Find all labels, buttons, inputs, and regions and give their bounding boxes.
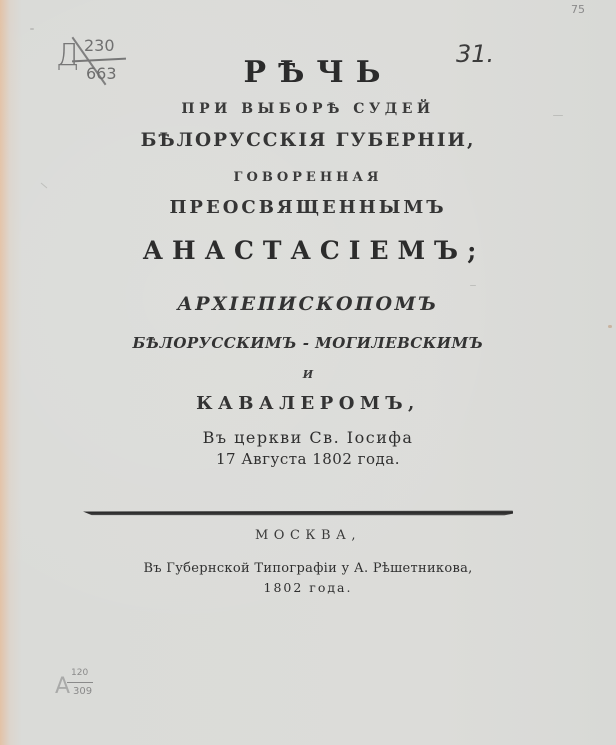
paper-speck: [608, 325, 612, 328]
paper-speck: [470, 285, 476, 286]
subtitle-line-1: ПРИ ВЫБОРѢ СУДЕЙ: [0, 101, 616, 117]
title-page: Д 230 663 31. 75 РѢЧЬ ПРИ ВЫБОРѢ СУДЕЙ Б…: [0, 0, 616, 745]
corner-mark: 75: [571, 3, 585, 16]
author-title: АРХІЕПИСКОПОМЪ: [0, 293, 616, 315]
stamp-top-number: 120: [71, 668, 88, 678]
subtitle-line-4: ПРЕОСВЯЩЕННЫМЪ: [0, 197, 616, 218]
venue: Въ церкви Св. Іосифа: [0, 428, 616, 447]
subtitle-line-2: БѢЛОРУССКІЯ ГУБЕРНІИ,: [0, 130, 616, 151]
stamp-fraction-bar: [67, 682, 93, 683]
subtitle-line-3: ГОВОРЕННАЯ: [0, 170, 616, 185]
author-name: АНАСТАСІЕМЪ;: [0, 236, 616, 265]
author-diocese: БѢЛОРУССКИМЪ - МОГИЛЕВСКИМЪ: [0, 334, 616, 352]
paper-speck: [30, 28, 34, 30]
shelfmark-top-number: 230: [84, 36, 115, 55]
divider-rule: [83, 510, 513, 516]
date: 17 Августа 1802 года.: [0, 450, 616, 468]
imprint-year: 1802 года.: [0, 580, 616, 595]
imprint-city: МОСКВА,: [0, 528, 616, 543]
title: РѢЧЬ: [0, 55, 616, 90]
author-honor: КАВАЛЕРОМЪ,: [0, 393, 616, 414]
imprint-printer: Въ Губернской Типографіи у А. Рѣшетников…: [0, 561, 616, 576]
stamp-bottom-number: 309: [73, 686, 92, 697]
conjunction: И: [0, 368, 616, 381]
pencil-stamp: А 120 309: [55, 668, 105, 708]
stamp-letter: А: [55, 674, 70, 699]
